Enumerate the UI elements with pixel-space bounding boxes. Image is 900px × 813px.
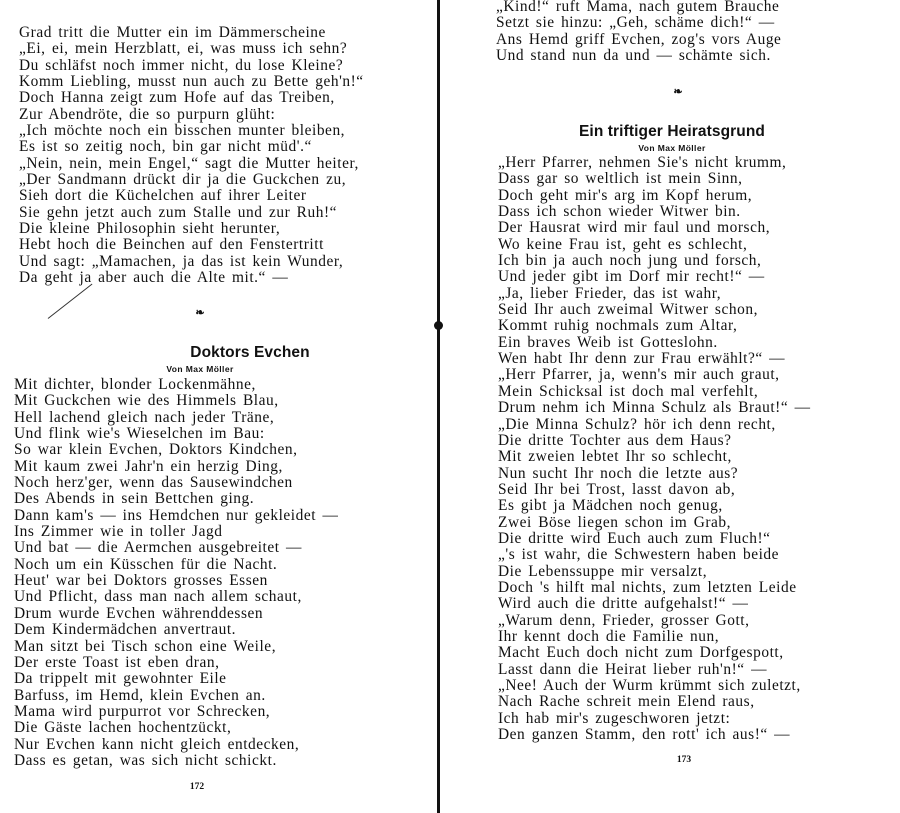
page-number: 172 (177, 782, 217, 792)
verse-line: Des Abends in sein Bettchen ging. (14, 491, 338, 507)
verse-line: Heut' war bei Doktors grosses Essen (14, 573, 338, 589)
verse-line: Ein braves Weib ist Gotteslohn. (498, 335, 811, 351)
verse-line: Ihr kennt doch die Familie nun, (498, 629, 811, 645)
verse-line: Da geht ja aber auch die Alte mit.“ — (19, 270, 364, 286)
verse-line: Komm Liebling, musst nun auch zu Bette g… (19, 74, 364, 90)
verse-line: Lasst dann die Heirat lieber ruh'n!“ — (498, 662, 811, 678)
verse-line: „Ei, ei, mein Herzblatt, ei, was muss ic… (19, 41, 364, 57)
verse-line: „Der Sandmann drückt dir ja die Guckchen… (19, 172, 364, 188)
verse-line: „'s ist wahr, die Schwestern haben beide (498, 547, 811, 563)
verse-line: Ich bin ja auch noch jung und forsch, (498, 253, 811, 269)
verse-line: Doch Hanna zeigt zum Hofe auf das Treibe… (19, 90, 364, 106)
verse-line: „Herr Pfarrer, nehmen Sie's nicht krumm, (498, 155, 811, 171)
verse-line: Ins Zimmer wie in toller Jagd (14, 524, 338, 540)
verse-line: Nur Evchen kann nicht gleich entdecken, (14, 737, 338, 753)
right-page: „Kind!“ ruft Mama, nach gutem Brauche Se… (442, 0, 900, 813)
verse-line: Und jeder gibt im Dorf mir recht!“ — (498, 269, 811, 285)
verse-line: Die dritte Tochter aus dem Haus? (498, 433, 811, 449)
verse-line: Man sitzt bei Tisch schon eine Weile, (14, 639, 338, 655)
verse-line: „Herr Pfarrer, ja, wenn's mir auch graut… (498, 367, 811, 383)
verse-line: Sieh dort die Küchelchen auf ihrer Leite… (19, 188, 364, 204)
verse-line: Ans Hemd griff Evchen, zog's vors Auge (496, 32, 781, 48)
verse-line: Doch geht mir's arg im Kopf herum, (498, 188, 811, 204)
verse-line: Mit Guckchen wie des Himmels Blau, (14, 393, 338, 409)
verse-line: Noch um ein Küsschen für die Nacht. (14, 557, 338, 573)
verse-line: Mit kaum zwei Jahr'n ein herzig Ding, (14, 459, 338, 475)
page-number: 173 (664, 755, 704, 765)
verse-line: Dass gar so weltlich ist mein Sinn, (498, 171, 811, 187)
left-page: Grad tritt die Mutter ein im Dämmerschei… (0, 0, 438, 813)
verse-line: Es gibt ja Mädchen noch genug, (498, 498, 811, 514)
verse-line: Du schläfst noch immer nicht, du lose Kl… (19, 58, 364, 74)
verse-line: Doch 's hilft mal nichts, zum letzten Le… (498, 580, 811, 596)
verse-line: „Ja, lieber Frieder, das ist wahr, (498, 286, 811, 302)
verse-line: Da trippelt mit gewohnter Eile (14, 671, 338, 687)
verse-line: So war klein Evchen, Doktors Kindchen, (14, 442, 338, 458)
verse-line: Seid Ihr bei Trost, lasst davon ab, (498, 482, 811, 498)
fleuron-ornament-icon: ❧ (658, 85, 698, 98)
page-gutter (437, 0, 440, 813)
verse-line: Hebt hoch die Beinchen auf den Fenstertr… (19, 237, 364, 253)
verse-line: Die kleine Philosophin sieht herunter, (19, 221, 364, 237)
poem-body-heiratsgrund: „Herr Pfarrer, nehmen Sie's nicht krumm,… (498, 155, 811, 743)
verse-line: Grad tritt die Mutter ein im Dämmerschei… (19, 25, 364, 41)
verse-line: Setzt sie hinzu: „Geh, schäme dich!“ — (496, 15, 781, 31)
verse-line: Zwei Böse liegen schon im Grab, (498, 515, 811, 531)
verse-line: Nach Rache schreit mein Elend raus, (498, 694, 811, 710)
verse-line: „Warum denn, Frieder, grosser Gott, (498, 613, 811, 629)
poem-author: Von Max Möller (100, 364, 300, 374)
verse-line: Und stand nun da und — schämte sich. (496, 48, 781, 64)
verse-line: Der Hausrat wird mir faul und morsch, (498, 220, 811, 236)
verse-line: Die Lebenssuppe mir versalzt, (498, 564, 811, 580)
fleuron-ornament-icon: ❧ (180, 306, 220, 319)
verse-line: Nun sucht Ihr noch die letzte aus? (498, 466, 811, 482)
verse-line: Hell lachend gleich nach jeder Träne, (14, 410, 338, 426)
verse-line: Dass es getan, was sich nicht schickt. (14, 753, 338, 769)
verse-line: Seid Ihr auch zweimal Witwer schon, (498, 302, 811, 318)
verse-line: Ich hab mir's zugeschworen jetzt: (498, 711, 811, 727)
verse-line: Der erste Toast ist eben dran, (14, 655, 338, 671)
verse-line: Den ganzen Stamm, den rott' ich aus!“ — (498, 727, 811, 743)
verse-line: „Nein, nein, mein Engel,“ sagt die Mutte… (19, 156, 364, 172)
verse-line: Drum nehm ich Minna Schulz als Braut!“ — (498, 400, 811, 416)
verse-line: Und flink wie's Wieselchen im Bau: (14, 426, 338, 442)
verse-line: Die dritte wird Euch auch zum Fluch!“ (498, 531, 811, 547)
verse-line: „Ich möchte noch ein bisschen munter ble… (19, 123, 364, 139)
verse-line: Wird auch die dritte aufgehalst!“ — (498, 596, 811, 612)
verse-line: Noch herz'ger, wenn das Sausewindchen (14, 475, 338, 491)
verse-line: Und bat — die Aermchen ausgebreitet — (14, 540, 338, 556)
pencil-mark (48, 284, 93, 319)
verse-line: Und sagt: „Mamachen, ja das ist kein Wun… (19, 254, 364, 270)
poem-body-doktors-evchen: Mit dichter, blonder Lockenmähne, Mit Gu… (14, 377, 338, 769)
verse-line: Wo keine Frau ist, geht es schlecht, (498, 237, 811, 253)
verse-line: Dann kam's — ins Hemdchen nur gekleidet … (14, 508, 338, 524)
verse-line: „Nee! Auch der Wurm krümmt sich zuletzt, (498, 678, 811, 694)
verse-line: Dass ich schon wieder Witwer bin. (498, 204, 811, 220)
verse-line: Barfuss, im Hemd, klein Evchen an. (14, 688, 338, 704)
poem-continuation-left: Grad tritt die Mutter ein im Dämmerschei… (19, 25, 364, 287)
verse-line: „Die Minna Schulz? hör ich denn recht, (498, 417, 811, 433)
poem-author: Von Max Möller (572, 143, 772, 153)
verse-line: Mama wird purpurrot vor Schrecken, (14, 704, 338, 720)
verse-line: Dem Kindermädchen anvertraut. (14, 622, 338, 638)
verse-line: Mit zweien lebtet Ihr so schlecht, (498, 449, 811, 465)
verse-line: Sie gehn jetzt auch zum Stalle und zur R… (19, 205, 364, 221)
verse-line: Mit dichter, blonder Lockenmähne, (14, 377, 338, 393)
verse-line: Kommt ruhig nochmals zum Altar, (498, 318, 811, 334)
verse-line: Und Pflicht, dass man nach allem schaut, (14, 589, 338, 605)
verse-line: Es ist so zeitig noch, bin gar nicht müd… (19, 139, 364, 155)
verse-line: Mein Schicksal ist doch mal verfehlt, (498, 384, 811, 400)
verse-line: Macht Euch doch nicht zum Dorfgespott, (498, 645, 811, 661)
verse-line: Drum wurde Evchen währenddessen (14, 606, 338, 622)
verse-line: „Kind!“ ruft Mama, nach gutem Brauche (496, 0, 781, 15)
verse-line: Die Gäste lachen hochentzückt, (14, 720, 338, 736)
verse-line: Wen habt Ihr denn zur Frau erwählt?“ — (498, 351, 811, 367)
poem-title: Ein triftiger Heiratsgrund (522, 123, 822, 141)
poem-title: Doktors Evchen (100, 344, 400, 362)
verse-line: Zur Abendröte, die so purpurn glüht: (19, 107, 364, 123)
poem-continuation-right: „Kind!“ ruft Mama, nach gutem Brauche Se… (496, 0, 781, 64)
